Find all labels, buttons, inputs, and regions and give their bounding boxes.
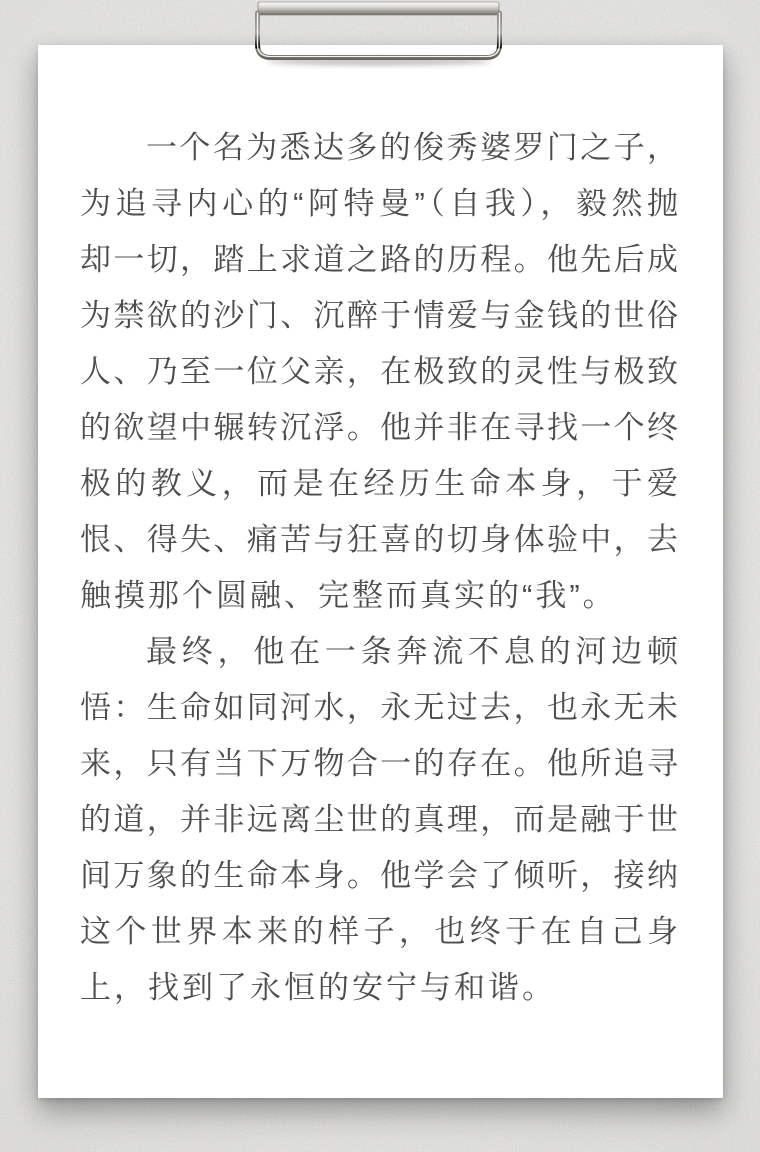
text-line: 最终，他在一条奔流不息的河边顿 <box>80 624 678 680</box>
text-line: 上，找到了永恒的安宁与和谐。 <box>80 960 678 1016</box>
text-line: 的欲望中辗转沉浮。他并非在寻找一个终 <box>80 400 678 456</box>
clip-wire-highlight <box>258 13 500 57</box>
clip-wire <box>258 13 500 58</box>
text-line: 悟：生命如同河水，永无过去，也永无未 <box>80 680 678 736</box>
text-line: 恨、得失、痛苦与狂喜的切身体验中，去 <box>80 512 678 568</box>
text-line: 触摸那个圆融、完整而真实的“我”。 <box>80 568 678 624</box>
text-line: 却一切，踏上求道之路的历程。他先后成 <box>80 232 678 288</box>
text-line: 间万象的生命本身。他学会了倾听，接纳 <box>80 848 678 904</box>
binder-clip-icon <box>248 0 512 78</box>
text-line: 来，只有当下万物合一的存在。他所追寻 <box>80 736 678 792</box>
text-line: 的道，并非远离尘世的真理，而是融于世 <box>80 792 678 848</box>
text-line: 为追寻内心的“阿特曼”（自我），毅然抛 <box>80 176 678 232</box>
clip-top-bar <box>258 2 499 15</box>
text-line: 一个名为悉达多的俊秀婆罗门之子， <box>80 120 678 176</box>
text-line: 这个世界本来的样子，也终于在自己身 <box>80 904 678 960</box>
text-line: 为禁欲的沙门、沉醉于情爱与金钱的世俗 <box>80 288 678 344</box>
text-line: 极的教义，而是在经历生命本身，于爱 <box>80 456 678 512</box>
document-text: 一个名为悉达多的俊秀婆罗门之子， 为追寻内心的“阿特曼”（自我），毅然抛 却一切… <box>80 120 678 1016</box>
paper-sheet: 一个名为悉达多的俊秀婆罗门之子， 为追寻内心的“阿特曼”（自我），毅然抛 却一切… <box>38 45 723 1098</box>
text-line: 人、乃至一位父亲，在极致的灵性与极致 <box>80 344 678 400</box>
